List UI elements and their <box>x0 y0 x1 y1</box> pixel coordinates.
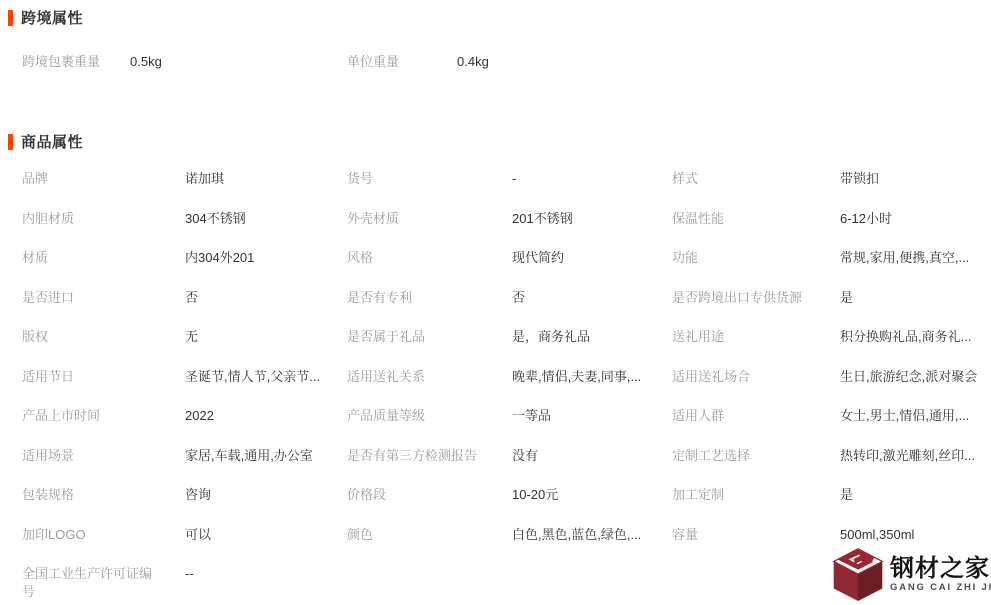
attr-label: 货号 <box>347 170 512 188</box>
product-attributes-grid: 品牌诺加琪货号-样式带锁扣内胆材质304不锈钢外壳材质201不锈钢保温性能6-1… <box>0 163 991 598</box>
product-attribute-row: 产品上市时间2022产品质量等级一等品适用人群女士,男士,情侣,通用,... <box>0 400 991 440</box>
attr-value: 生日,旅游纪念,派对聚会 <box>840 368 987 386</box>
attr-value: 诺加琪 <box>185 170 347 188</box>
attr-value: 是 <box>840 289 863 307</box>
attr-value: 可以 <box>185 526 347 544</box>
attr-label: 全国工业生产许可证编号 <box>22 565 185 601</box>
attr-value: 201不锈钢 <box>512 210 672 228</box>
attr-label: 颜色 <box>347 526 512 544</box>
attr-value: 咨询 <box>185 486 347 504</box>
attr-value: 是 <box>840 486 863 504</box>
attr-value: 圣诞节,情人节,父亲节... <box>185 368 347 386</box>
product-attribute-row: 适用节日圣诞节,情人节,父亲节...适用送礼关系晚辈,情侣,夫妻,同事,...适… <box>0 361 991 401</box>
attr-label: 外壳材质 <box>347 210 512 228</box>
attr-label: 产品上市时间 <box>22 407 185 425</box>
attr-label: 价格段 <box>347 486 512 504</box>
product-attribute-row: 是否进口否是否有专利否是否跨境出口专供货源是 <box>0 282 991 322</box>
section-accent-bar <box>8 10 13 26</box>
section-accent-bar <box>8 134 13 150</box>
attr-label: 内胆材质 <box>22 210 185 228</box>
attr-label: 定制工艺选择 <box>672 447 840 465</box>
product-attribute-row: 品牌诺加琪货号-样式带锁扣 <box>0 163 991 203</box>
attr-label: 送礼用途 <box>672 328 840 346</box>
attr-value: 0.5kg <box>130 53 347 71</box>
attr-label: 适用送礼场合 <box>672 368 840 386</box>
site-watermark-logo: 钢材之家 GANG CAI ZHI JIA <box>831 546 991 603</box>
attr-value: 是，商务礼品 <box>512 328 672 346</box>
logo-name-cn: 钢材之家 <box>890 556 991 582</box>
logo-name-en: GANG CAI ZHI JIA <box>890 582 991 594</box>
attr-label: 适用场景 <box>22 447 185 465</box>
attr-value: 2022 <box>185 407 347 425</box>
attr-value: 热转印,激光雕刻,丝印... <box>840 447 985 465</box>
cross-border-attribute-row: 跨境包裹重量0.5kg单位重量0.4kg <box>0 53 991 71</box>
attr-label: 单位重量 <box>347 53 457 71</box>
attr-value: 没有 <box>512 447 672 465</box>
attr-value: - <box>512 170 672 188</box>
attr-value: 500ml,350ml <box>840 526 924 544</box>
product-attribute-row: 版权无是否属于礼品是，商务礼品送礼用途积分换购礼品,商务礼... <box>0 321 991 361</box>
product-attribute-row: 材质内304外201风格现代简约功能常规,家用,便携,真空,... <box>0 242 991 282</box>
attr-label: 加工定制 <box>672 486 840 504</box>
section-title: 商品属性 <box>21 131 83 152</box>
attr-label: 加印LOGO <box>22 526 185 544</box>
attr-label: 品牌 <box>22 170 185 188</box>
attr-label: 是否属于礼品 <box>347 328 512 346</box>
attr-value: 0.4kg <box>457 53 657 71</box>
attr-value: 白色,黑色,蓝色,绿色,... <box>512 526 672 544</box>
attr-label: 容量 <box>672 526 840 544</box>
attr-value: 晚辈,情侣,夫妻,同事,... <box>512 368 672 386</box>
attr-label: 风格 <box>347 249 512 267</box>
logo-text: 钢材之家 GANG CAI ZHI JIA <box>890 556 991 594</box>
gangcai-cube-icon <box>831 546 885 603</box>
attr-label: 包装规格 <box>22 486 185 504</box>
attr-value: 女士,男士,情侣,通用,... <box>840 407 979 425</box>
attr-value: 无 <box>185 328 347 346</box>
product-section-header: 商品属性 <box>8 131 83 152</box>
product-attribute-row: 包装规格咨询价格段10-20元加工定制是 <box>0 479 991 519</box>
product-attribute-row: 适用场景家居,车载,通用,办公室是否有第三方检测报告没有定制工艺选择热转印,激光… <box>0 440 991 480</box>
attr-value: 内304外201 <box>185 249 347 267</box>
attr-value: 家居,车载,通用,办公室 <box>185 447 347 465</box>
attr-value: 否 <box>512 289 672 307</box>
attr-value: -- <box>185 565 347 583</box>
attr-label: 适用送礼关系 <box>347 368 512 386</box>
attr-label: 是否跨境出口专供货源 <box>672 289 840 307</box>
attr-value: 304不锈钢 <box>185 210 347 228</box>
section-title: 跨境属性 <box>21 7 83 28</box>
attr-value: 6-12小时 <box>840 210 902 228</box>
cross-border-section-header: 跨境属性 <box>8 7 83 28</box>
attr-label: 适用节日 <box>22 368 185 386</box>
attr-label: 跨境包裹重量 <box>22 53 130 71</box>
attr-label: 样式 <box>672 170 840 188</box>
attr-label: 版权 <box>22 328 185 346</box>
attr-value: 常规,家用,便携,真空,... <box>840 249 979 267</box>
attr-value: 积分换购礼品,商务礼... <box>840 328 981 346</box>
attr-value: 否 <box>185 289 347 307</box>
attr-value: 10-20元 <box>512 486 672 504</box>
attr-label: 是否有第三方检测报告 <box>347 447 512 465</box>
attr-label: 功能 <box>672 249 840 267</box>
attr-value: 带锁扣 <box>840 170 889 188</box>
attr-label: 产品质量等级 <box>347 407 512 425</box>
attr-label: 材质 <box>22 249 185 267</box>
attr-value: 一等品 <box>512 407 672 425</box>
attr-value: 现代简约 <box>512 249 672 267</box>
attr-label: 是否有专利 <box>347 289 512 307</box>
product-attribute-row: 内胆材质304不锈钢外壳材质201不锈钢保温性能6-12小时 <box>0 203 991 243</box>
attr-label: 是否进口 <box>22 289 185 307</box>
attr-label: 适用人群 <box>672 407 840 425</box>
attr-label: 保温性能 <box>672 210 840 228</box>
